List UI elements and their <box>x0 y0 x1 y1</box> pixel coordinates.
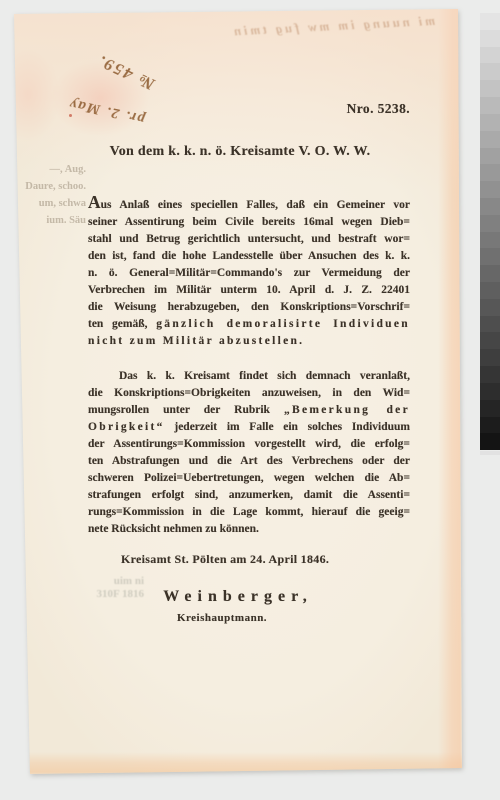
bleedthrough-handwriting-top: mi nuung im mw fug tmin <box>200 14 435 41</box>
body-line: ten Abstrafungen und die Art des Verbrec… <box>88 453 410 470</box>
body-line: die Konskriptions=Obrigkeiten anzuweisen… <box>88 385 410 402</box>
body-line: den ist, fand die hohe Landesstelle über… <box>88 248 410 265</box>
body-line: Aus Anlaß eines speciellen Falles, daß e… <box>88 197 410 214</box>
document-title: Von dem k. k. n. ö. Kreisamte V. O. W. W… <box>75 144 405 160</box>
body-line: n. ö. General=Militär=Commando's zur Ver… <box>88 265 410 282</box>
body-line: strafungen erfolgt sind, anzumerken, dam… <box>88 487 410 504</box>
body-line: der Assentirungs=Kommission vorgestellt … <box>88 436 410 453</box>
document-number: Nro. 5238. <box>90 101 422 117</box>
body-line: die Weisung herabzugeben, den Konskripti… <box>88 299 410 316</box>
body-line: seiner Assentirung beim Civile bereits 1… <box>88 214 410 231</box>
bleed-fragment: Daure, schoo. <box>4 178 86 195</box>
bleed-fragment: —, Aug. <box>4 161 86 178</box>
ink-speck <box>69 114 72 117</box>
handwritten-note-line1: № 459. <box>94 50 158 94</box>
scanned-document-view: mi nuung im mw fug tmin № 459. pr. 2. Ma… <box>0 0 500 800</box>
signature-title: Kreishauptmann. <box>62 612 382 624</box>
paragraph-2: Das k. k. Kreisamt findet sich demnach v… <box>88 368 410 538</box>
paper-shadow: mi nuung im mw fug tmin № 459. pr. 2. Ma… <box>0 0 500 800</box>
body-line: Das k. k. Kreisamt findet sich demnach v… <box>88 368 410 385</box>
paragraph-1: Aus Anlaß eines speciellen Falles, daß e… <box>88 197 410 350</box>
signature-name: Weinberger, <box>78 588 398 606</box>
body-line: Obrigkeit“ jederzeit im Falle ein solche… <box>88 419 410 436</box>
document-paper: mi nuung im mw fug tmin № 459. pr. 2. Ma… <box>0 0 500 800</box>
bleed-fragment: um, schwa <box>4 195 86 212</box>
body-line: stahl und Betrug gerichtlich untersucht,… <box>88 231 410 248</box>
body-line: rungs=Kommission in die Lage kommt, hier… <box>88 504 410 521</box>
body-line: mungsrollen unter der Rubrik „Bemerkung … <box>88 402 410 419</box>
body-line: nete Rücksicht nehmen zu können. <box>88 521 410 538</box>
bleedthrough-left-margin: —, Aug. Daure, schoo. um, schwa ium. Säu <box>4 161 86 229</box>
bleed-fragment: uim ni <box>52 575 144 588</box>
body-line: ten gemäß, gänzlich demoralisirte Indivi… <box>88 316 410 333</box>
dateline: Kreisamt St. Pölten am 24. April 1846. <box>121 552 329 567</box>
bleed-fragment: ium. Säu <box>4 212 86 229</box>
body-line: Verbrechen im Militär unterm 10. April d… <box>88 282 410 299</box>
body-line: schweren Polizei=Uebertretungen, wegen w… <box>88 470 410 487</box>
body-line: nicht zum Militär abzustellen. <box>88 333 410 350</box>
